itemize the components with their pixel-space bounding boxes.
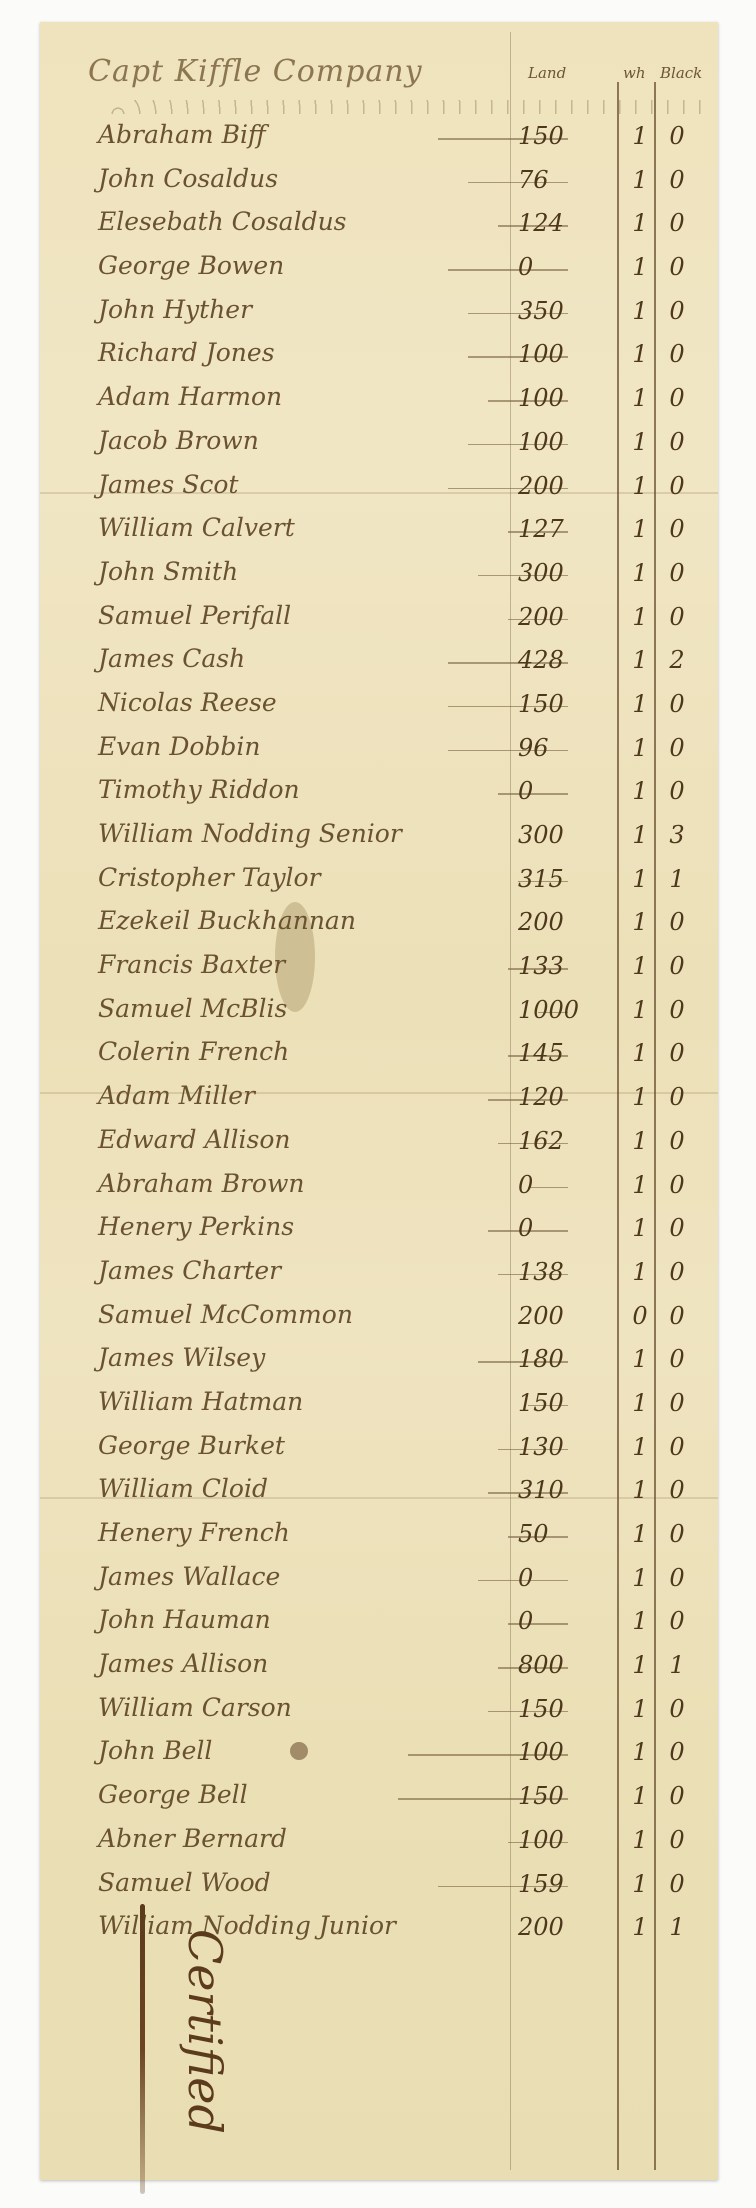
person-name: Abraham Brown (98, 1169, 304, 1198)
white-value: 1 (625, 646, 655, 674)
roster-row: Henery French5010 (40, 1512, 718, 1556)
white-value: 1 (625, 1826, 655, 1854)
black-value: 0 (662, 1433, 692, 1461)
roster-row: Abraham Brown010 (40, 1163, 718, 1207)
white-value: 1 (625, 1782, 655, 1810)
roster-row: William Cloid31010 (40, 1468, 718, 1512)
land-value: 96 (518, 734, 598, 762)
land-value: 76 (518, 166, 598, 194)
person-name: George Bowen (98, 251, 284, 280)
black-value: 0 (662, 1870, 692, 1898)
white-value: 1 (625, 865, 655, 893)
white-value: 1 (625, 515, 655, 543)
roster-row: George Burket13010 (40, 1425, 718, 1469)
black-value: 0 (662, 1607, 692, 1635)
black-value: 0 (662, 122, 692, 150)
white-value: 1 (625, 1476, 655, 1504)
land-value: 200 (518, 1302, 598, 1330)
black-value: 3 (662, 821, 692, 849)
black-value: 0 (662, 1083, 692, 1111)
manuscript-page: Capt Kiffle Company Land wh Black Abraha… (40, 22, 718, 2180)
person-name: Francis Baxter (98, 950, 285, 979)
decorative-underline (110, 100, 710, 114)
land-value: 315 (518, 865, 598, 893)
roster-row: George Bowen010 (40, 245, 718, 289)
white-value: 1 (625, 1433, 655, 1461)
roster-row: John Smith30010 (40, 551, 718, 595)
land-value: 162 (518, 1127, 598, 1155)
document-header: Capt Kiffle Company Land wh Black (40, 42, 718, 92)
land-value: 800 (518, 1651, 598, 1679)
black-value: 0 (662, 428, 692, 456)
land-value: 0 (518, 253, 598, 281)
person-name: Samuel Perifall (98, 601, 291, 630)
person-name: William Cloid (98, 1474, 268, 1503)
black-value: 0 (662, 1782, 692, 1810)
land-value: 310 (518, 1476, 598, 1504)
black-value: 0 (662, 515, 692, 543)
white-value: 1 (625, 428, 655, 456)
person-name: William Carson (98, 1693, 292, 1722)
land-value: 428 (518, 646, 598, 674)
black-value: 0 (662, 559, 692, 587)
person-name: Henery French (98, 1518, 290, 1547)
land-value: 124 (518, 209, 598, 237)
land-value: 100 (518, 1738, 598, 1766)
black-value: 0 (662, 690, 692, 718)
roster-row: James Charter13810 (40, 1250, 718, 1294)
roster-row: John Bell10010 (40, 1730, 718, 1774)
column-header-land: Land (528, 64, 566, 82)
white-value: 1 (625, 1389, 655, 1417)
white-value: 1 (625, 1083, 655, 1111)
black-value: 0 (662, 952, 692, 980)
black-value: 0 (662, 1476, 692, 1504)
black-value: 0 (662, 1171, 692, 1199)
black-value: 0 (662, 996, 692, 1024)
white-value: 1 (625, 908, 655, 936)
white-value: 1 (625, 603, 655, 631)
person-name: Jacob Brown (98, 426, 259, 455)
roster-row: Henery Perkins010 (40, 1206, 718, 1250)
land-value: 1000 (518, 996, 598, 1024)
person-name: James Scot (98, 470, 238, 499)
roster-row: John Hauman010 (40, 1599, 718, 1643)
roster-row: Abner Bernard10010 (40, 1818, 718, 1862)
white-value: 1 (625, 1039, 655, 1067)
black-value: 0 (662, 472, 692, 500)
person-name: Richard Jones (98, 338, 275, 367)
person-name: Timothy Riddon (98, 775, 300, 804)
roster-row: Abraham Biff15010 (40, 114, 718, 158)
roster-row: William Calvert12710 (40, 507, 718, 551)
white-value: 1 (625, 821, 655, 849)
white-value: 1 (625, 1913, 655, 1941)
white-value: 1 (625, 1214, 655, 1242)
white-value: 1 (625, 1258, 655, 1286)
person-name: John Hauman (98, 1605, 271, 1634)
white-value: 1 (625, 1564, 655, 1592)
white-value: 1 (625, 472, 655, 500)
white-value: 1 (625, 1738, 655, 1766)
land-value: 100 (518, 428, 598, 456)
black-value: 0 (662, 603, 692, 631)
person-name: Evan Dobbin (98, 732, 261, 761)
person-name: John Cosaldus (98, 164, 278, 193)
roster-row: William Nodding Senior30013 (40, 813, 718, 857)
roster-list: Abraham Biff15010 John Cosaldus7610 Eles… (40, 114, 718, 1949)
person-name: John Hyther (98, 295, 252, 324)
roster-row: John Cosaldus7610 (40, 158, 718, 202)
white-value: 1 (625, 1127, 655, 1155)
white-value: 0 (625, 1302, 655, 1330)
land-value: 100 (518, 384, 598, 412)
roster-row: George Bell15010 (40, 1774, 718, 1818)
person-name: James Cash (98, 644, 245, 673)
black-value: 1 (662, 1913, 692, 1941)
land-value: 150 (518, 1782, 598, 1810)
person-name: James Allison (98, 1649, 268, 1678)
roster-row: Evan Dobbin9610 (40, 726, 718, 770)
person-name: John Smith (98, 557, 238, 586)
person-name: William Hatman (98, 1387, 303, 1416)
black-value: 0 (662, 1564, 692, 1592)
land-value: 150 (518, 122, 598, 150)
certified-signature: Certified (178, 1929, 232, 2169)
black-value: 0 (662, 1389, 692, 1417)
column-header-white: wh (623, 64, 646, 82)
roster-row: Jacob Brown10010 (40, 420, 718, 464)
black-value: 0 (662, 1127, 692, 1155)
white-value: 1 (625, 1870, 655, 1898)
person-name: Cristopher Taylor (98, 863, 321, 892)
white-value: 1 (625, 297, 655, 325)
black-value: 0 (662, 1738, 692, 1766)
person-name: Adam Harmon (98, 382, 282, 411)
roster-row: James Scot20010 (40, 464, 718, 508)
land-value: 350 (518, 297, 598, 325)
roster-row: Samuel Wood15910 (40, 1862, 718, 1906)
column-header-black: Black (660, 64, 702, 82)
black-value: 1 (662, 865, 692, 893)
land-value: 100 (518, 1826, 598, 1854)
black-value: 0 (662, 209, 692, 237)
white-value: 1 (625, 952, 655, 980)
company-title: Capt Kiffle Company (88, 54, 423, 89)
person-name: James Wilsey (98, 1343, 265, 1372)
person-name: Edward Allison (98, 1125, 290, 1154)
land-value: 100 (518, 340, 598, 368)
land-value: 180 (518, 1345, 598, 1373)
land-value: 300 (518, 559, 598, 587)
roster-row: Francis Baxter13310 (40, 944, 718, 988)
white-value: 1 (625, 1171, 655, 1199)
person-name: William Nodding Senior (98, 819, 402, 848)
land-value: 50 (518, 1520, 598, 1548)
roster-row: Ezekeil Buckhannan20010 (40, 900, 718, 944)
roster-row: Nicolas Reese15010 (40, 682, 718, 726)
white-value: 1 (625, 1607, 655, 1635)
person-name: Adam Miller (98, 1081, 255, 1110)
land-value: 150 (518, 690, 598, 718)
land-value: 200 (518, 472, 598, 500)
white-value: 1 (625, 1651, 655, 1679)
person-name: Henery Perkins (98, 1212, 294, 1241)
land-value: 127 (518, 515, 598, 543)
land-value: 150 (518, 1695, 598, 1723)
person-name: Ezekeil Buckhannan (98, 906, 356, 935)
white-value: 1 (625, 253, 655, 281)
white-value: 1 (625, 122, 655, 150)
white-value: 1 (625, 209, 655, 237)
black-value: 0 (662, 1302, 692, 1330)
roster-row: William Hatman15010 (40, 1381, 718, 1425)
land-value: 138 (518, 1258, 598, 1286)
white-value: 1 (625, 996, 655, 1024)
roster-row: James Allison80011 (40, 1643, 718, 1687)
roster-row: Colerin French14510 (40, 1031, 718, 1075)
person-name: Samuel Wood (98, 1868, 271, 1897)
land-value: 145 (518, 1039, 598, 1067)
black-value: 0 (662, 253, 692, 281)
black-value: 0 (662, 384, 692, 412)
land-value: 133 (518, 952, 598, 980)
black-value: 0 (662, 340, 692, 368)
white-value: 1 (625, 1345, 655, 1373)
black-value: 0 (662, 166, 692, 194)
land-value: 200 (518, 908, 598, 936)
land-value: 120 (518, 1083, 598, 1111)
roster-row: James Cash42812 (40, 638, 718, 682)
white-value: 1 (625, 559, 655, 587)
roster-row: Samuel McCommon20000 (40, 1294, 718, 1338)
black-value: 0 (662, 1258, 692, 1286)
black-value: 0 (662, 1214, 692, 1242)
roster-row: Samuel McBlis100010 (40, 988, 718, 1032)
white-value: 1 (625, 1695, 655, 1723)
roster-row: Elesebath Cosaldus12410 (40, 201, 718, 245)
land-value: 0 (518, 1171, 598, 1199)
roster-row: John Hyther35010 (40, 289, 718, 333)
black-value: 0 (662, 297, 692, 325)
land-value: 0 (518, 1607, 598, 1635)
land-value: 0 (518, 1564, 598, 1592)
signature-flourish (140, 1904, 145, 2194)
white-value: 1 (625, 166, 655, 194)
person-name: Abner Bernard (98, 1824, 287, 1853)
person-name: Elesebath Cosaldus (98, 207, 347, 236)
black-value: 1 (662, 1651, 692, 1679)
white-value: 1 (625, 734, 655, 762)
land-value: 130 (518, 1433, 598, 1461)
white-value: 1 (625, 340, 655, 368)
black-value: 2 (662, 646, 692, 674)
black-value: 0 (662, 1826, 692, 1854)
person-name: Abraham Biff (98, 120, 266, 149)
white-value: 1 (625, 777, 655, 805)
roster-row: James Wallace010 (40, 1556, 718, 1600)
person-name: James Wallace (98, 1562, 280, 1591)
black-value: 0 (662, 908, 692, 936)
person-name: John Bell (98, 1736, 212, 1765)
person-name: Nicolas Reese (98, 688, 277, 717)
white-value: 1 (625, 384, 655, 412)
white-value: 1 (625, 690, 655, 718)
person-name: William Calvert (98, 513, 295, 542)
person-name: George Bell (98, 1780, 248, 1809)
black-value: 0 (662, 1345, 692, 1373)
black-value: 0 (662, 1695, 692, 1723)
roster-row: William Carson15010 (40, 1687, 718, 1731)
roster-row: Adam Miller12010 (40, 1075, 718, 1119)
person-name: Samuel McCommon (98, 1300, 353, 1329)
person-name: Colerin French (98, 1037, 289, 1066)
person-name: James Charter (98, 1256, 281, 1285)
black-value: 0 (662, 1039, 692, 1067)
roster-row: Timothy Riddon010 (40, 769, 718, 813)
black-value: 0 (662, 734, 692, 762)
black-value: 0 (662, 1520, 692, 1548)
white-value: 1 (625, 1520, 655, 1548)
land-value: 200 (518, 603, 598, 631)
person-name: George Burket (98, 1431, 285, 1460)
black-value: 0 (662, 777, 692, 805)
land-value: 159 (518, 1870, 598, 1898)
land-value: 0 (518, 777, 598, 805)
land-value: 150 (518, 1389, 598, 1417)
person-name: Samuel McBlis (98, 994, 287, 1023)
land-value: 200 (518, 1913, 598, 1941)
roster-row: Edward Allison16210 (40, 1119, 718, 1163)
roster-row: Cristopher Taylor31511 (40, 857, 718, 901)
roster-row: James Wilsey18010 (40, 1337, 718, 1381)
roster-row: Samuel Perifall20010 (40, 595, 718, 639)
roster-row: Adam Harmon10010 (40, 376, 718, 420)
roster-row: Richard Jones10010 (40, 332, 718, 376)
land-value: 300 (518, 821, 598, 849)
land-value: 0 (518, 1214, 598, 1242)
